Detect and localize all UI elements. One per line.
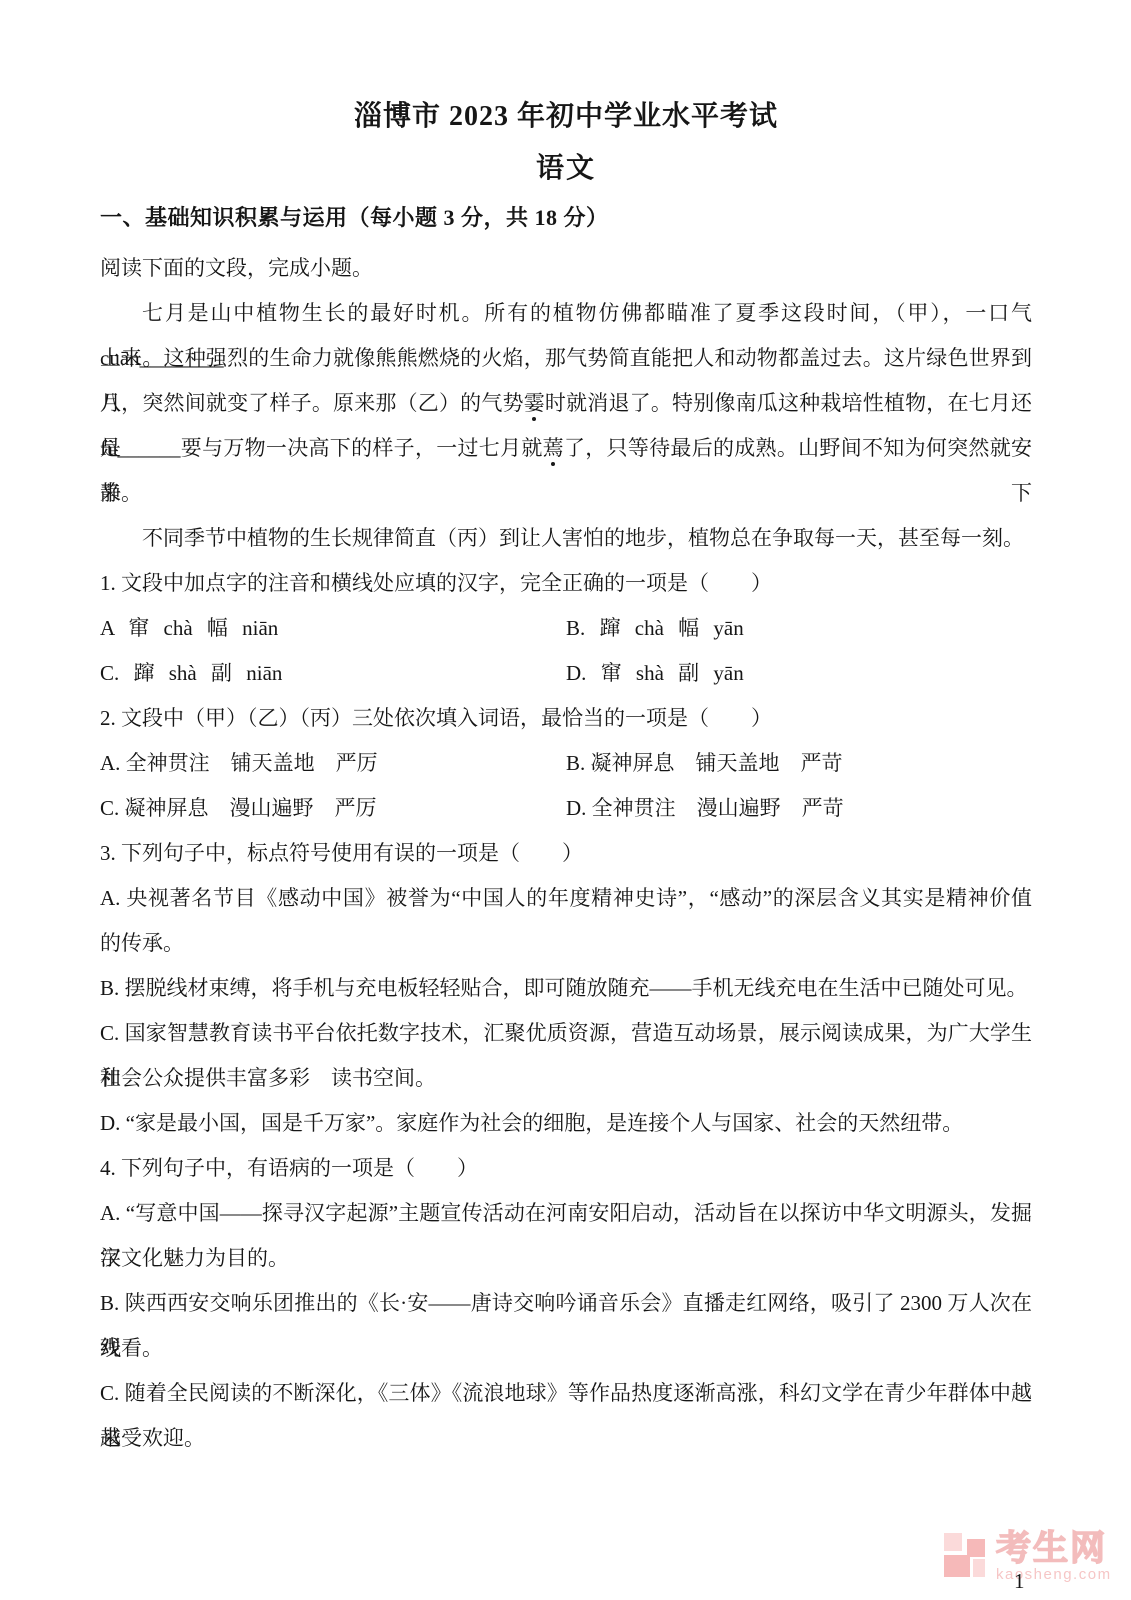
answer-option: B. 蹿 chà 幅 yān [566,606,1032,651]
question-stem: 3. 下列句子中，标点符号使用有误的一项是（ ） [100,831,1032,876]
exam-title: 淄博市 2023 年初中学业水平考试 [100,96,1032,138]
emphasized-char: 蔫 [543,436,564,460]
option-row: C. 凝神屏息 漫山遍野 严厉D. 全神贯注 漫山遍野 严苛 [100,786,1032,831]
emphasized-char: 霎 [524,391,545,415]
passage-line: 七月是山中植物生长的最好时机。所有的植物仿佛都瞄准了夏季这段时间，（甲），一口气… [100,291,1032,336]
logo-block [944,1533,962,1551]
text-run: 月，突然间就变了样子。原来那（乙）的气势 [100,391,524,415]
passage-line: 月，突然间就变了样子。原来那（乙）的气势霎时就消退了。特别像南瓜这种栽培性植物，… [100,381,1032,426]
answer-option: B. 凝神屏息 铺天盖地 严苛 [566,741,1032,786]
section-one-heading: 一、基础知识积累与运用（每小题 3 分，共 18 分） [100,198,1032,238]
watermark-brand: 考生网 [996,1531,1112,1567]
option-line: B. 陕西西安交响乐团推出的《长·安——唐诗交响吟诵音乐会》直播走红网络，吸引了… [100,1281,1032,1326]
answer-option: A. 全神贯注 铺天盖地 严厉 [100,741,566,786]
option-row: A 窜 chà 幅 niānB. 蹿 chà 幅 yān [100,606,1032,651]
exam-document-page: 淄博市 2023 年初中学业水平考试 语文 一、基础知识积累与运用（每小题 3 … [0,0,1131,1600]
option-line: 的传承。 [100,921,1032,966]
question-stem: 4. 下列句子中，有语病的一项是（ ） [100,1146,1032,1191]
answer-option: A 窜 chà 幅 niān [100,606,566,651]
option-line: C. 随着全民阅读的不断深化，《三体》《流浪地球》等作品热度逐渐高涨，科幻文学在… [100,1371,1032,1416]
answer-option: D. 全神贯注 漫山遍野 严苛 [566,786,1032,831]
exam-subject: 语文 [100,148,1032,190]
page-content: 淄博市 2023 年初中学业水平考试 语文 一、基础知识积累与运用（每小题 3 … [100,0,1032,1461]
option-line: 字文化魅力为目的。 [100,1236,1032,1281]
option-line: 社会公众提供丰富多彩 读书空间。 [100,1056,1032,1101]
option-line: 观看。 [100,1326,1032,1371]
answer-option: C. 蹿 shà 副 niān [100,651,566,696]
option-line: A. “写意中国——探寻汉字起源”主题宣传活动在河南安阳启动，活动旨在以探访中华… [100,1191,1032,1236]
intro-line: 阅读下面的文段，完成小题。 [100,246,1032,291]
logo-block [944,1555,970,1577]
kaosheng-logo-icon [944,1531,988,1581]
option-row: C. 蹿 shà 副 niānD. 窜 shà 副 yān [100,651,1032,696]
question-stem: 1. 文段中加点字的注音和横线处应填的汉字，完全正确的一项是（ ） [100,561,1032,606]
option-row: A. 全神贯注 铺天盖地 严厉B. 凝神屏息 铺天盖地 严苛 [100,741,1032,786]
passage-line: fù______要与万物一决高下的样子，一过七月就蔫了，只等待最后的成熟。山野间… [100,426,1032,471]
answer-option: D. 窜 shà 副 yān [566,651,1032,696]
kaosheng-watermark: 考生网 kaosheng.com [944,1531,1112,1582]
answer-option: C. 凝神屏息 漫山遍野 严厉 [100,786,566,831]
option-line: A. 央视著名节目《感动中国》被誉为“中国人的年度精神史诗”，“感动”的深层含义… [100,876,1032,921]
passage-line: 上来。这种强烈的生命力就像熊熊燃烧的火焰，那气势简直能把人和动物都盖过去。这片绿… [100,336,1032,381]
option-line: 越受欢迎。 [100,1416,1032,1461]
option-line: D. “家是最小国，国是千万家”。家庭作为社会的细胞，是连接个人与国家、社会的天… [100,1101,1032,1146]
passage-line: 不同季节中植物的生长规律简直（丙）到让人害怕的地步，植物总在争取每一天，甚至每一… [100,516,1032,561]
text-run: fù______要与万物一决高下的样子，一过七月就 [100,436,543,460]
option-line: B. 摆脱线材束缚，将手机与充电板轻轻贴合，即可随放随充——手机无线充电在生活中… [100,966,1032,1011]
page-number: 1 [1014,1566,1025,1596]
logo-block [973,1559,985,1577]
question-stem: 2. 文段中（甲）（乙）（丙）三处依次填入词语，最恰当的一项是（ ） [100,696,1032,741]
document-body: 阅读下面的文段，完成小题。七月是山中植物生长的最好时机。所有的植物仿佛都瞄准了夏… [100,246,1032,1461]
option-line: C. 国家智慧教育读书平台依托数字技术，汇聚优质资源，营造互动场景，展示阅读成果… [100,1011,1032,1056]
